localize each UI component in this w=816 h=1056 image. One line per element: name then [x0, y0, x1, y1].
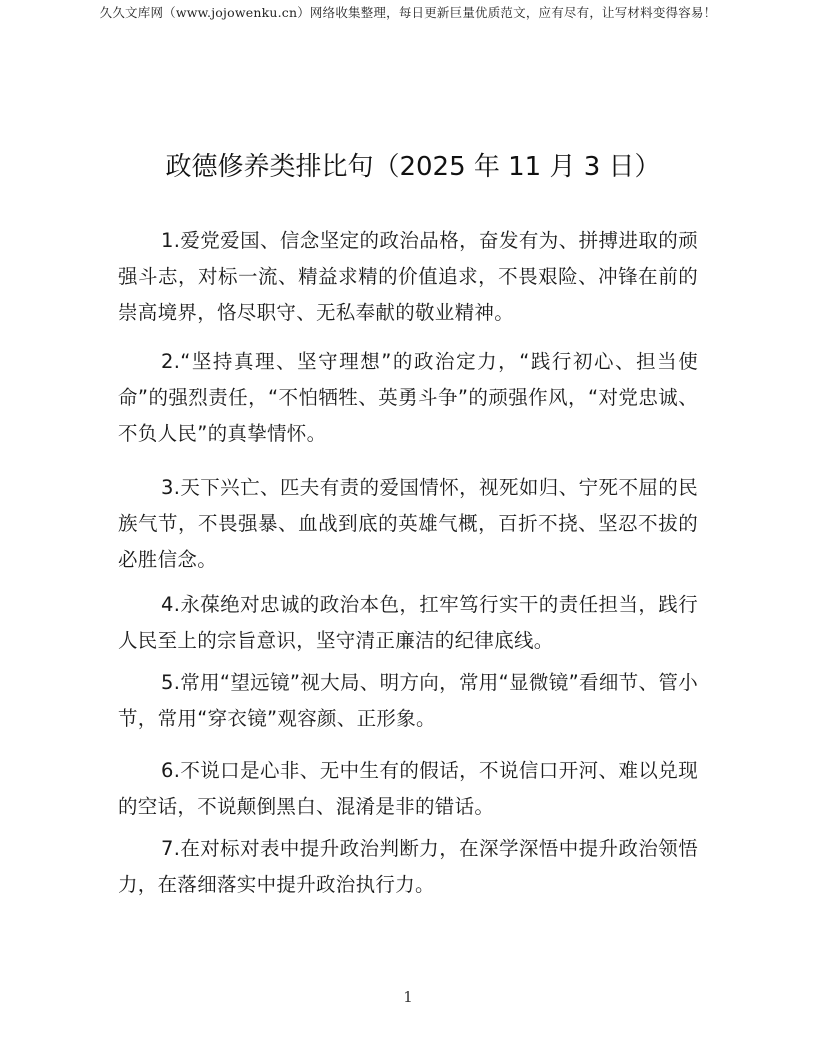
page-number: 1 — [0, 988, 816, 1006]
paragraph-3: 3.天下兴亡、匹夫有责的爱国情怀，视死如归、宁死不屈的民族气节，不畏强暴、血战到… — [118, 470, 698, 578]
paragraph-7: 7.在对标对表中提升政治判断力，在深学深悟中提升政治领悟力，在落细落实中提升政治… — [118, 831, 698, 903]
paragraph-6: 6.不说口是心非、无中生有的假话，不说信口开河、难以兑现的空话，不说颠倒黑白、混… — [118, 753, 698, 825]
source-header-note: 久久文库网（www.jojowenku.cn）网络收集整理，每日更新巨量优质范文… — [0, 3, 816, 21]
page-title: 政德修养类排比句（2025 年 11 月 3 日） — [0, 146, 816, 183]
paragraph-2: 2.“坚持真理、坚守理想”的政治定力，“践行初心、担当使命”的强烈责任，“不怕牺… — [118, 344, 698, 452]
paragraph-5: 5.常用“望远镜”视大局、明方向，常用“显微镜”看细节、管小节，常用“穿衣镜”观… — [118, 665, 698, 737]
paragraph-4: 4.永葆绝对忠诚的政治本色，扛牢笃行实干的责任担当，践行人民至上的宗旨意识，坚守… — [118, 587, 698, 659]
paragraph-1: 1.爱党爱国、信念坚定的政治品格，奋发有为、拼搏进取的顽强斗志，对标一流、精益求… — [118, 223, 698, 331]
